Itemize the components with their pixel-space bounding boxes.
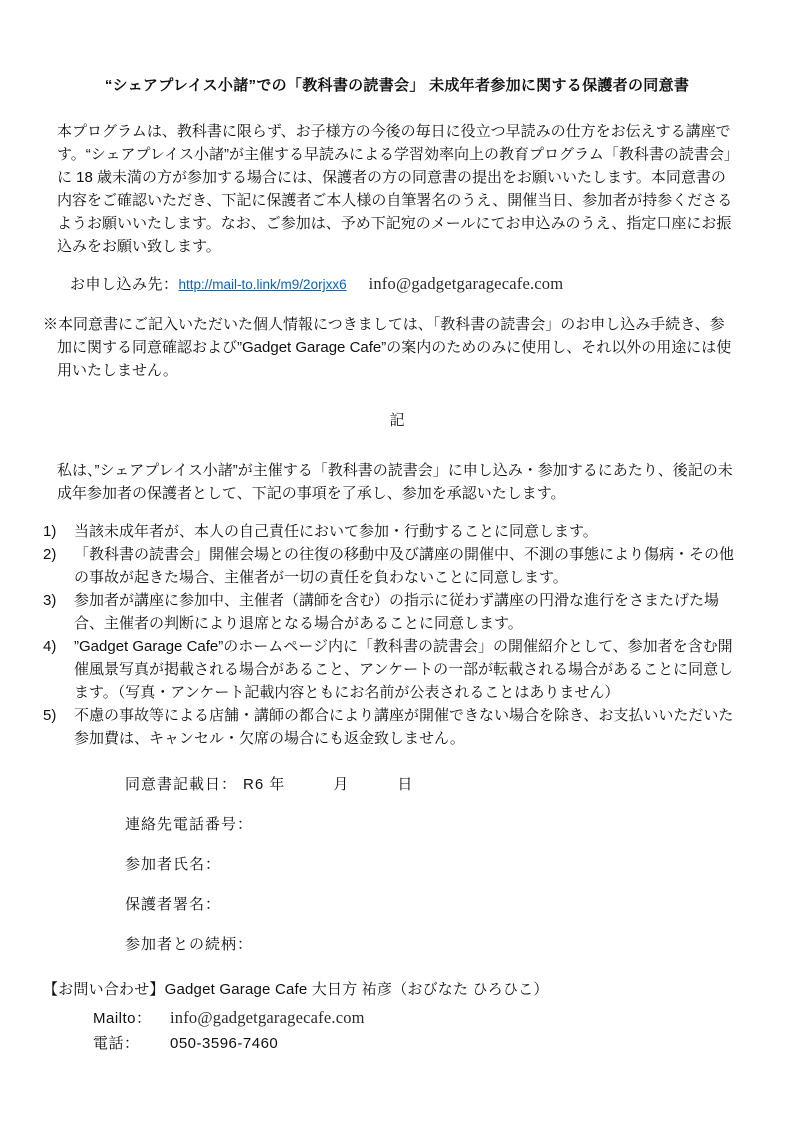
term-number-1: 1)	[43, 520, 67, 543]
application-link[interactable]: http://mail-to.link/m9/2orjxx6	[179, 277, 347, 292]
field-consent-date: 同意書記載日：R6 年 月 日	[125, 773, 737, 796]
field-consent-date-value: R6 年 月 日	[243, 776, 413, 793]
application-email: info@gadgetgaragecafe.com	[369, 274, 564, 293]
term-item-5: 5)不慮の事故等による店舗・講師の都合により講座が開催できない場合を除き、お支払…	[43, 704, 737, 750]
ki-heading: 記	[57, 409, 737, 432]
contact-mailto-row: Mailto： info@gadgetgaragecafe.com	[93, 1005, 737, 1031]
field-relationship: 参加者との続柄：	[125, 933, 737, 956]
term-number-3: 3)	[43, 589, 67, 612]
intro-paragraph: 本プログラムは、教科書に限らず、お子様方の今後の毎日に役立つ早読みの仕方をお伝え…	[57, 120, 737, 258]
application-label: お申し込み先：	[70, 276, 179, 293]
contact-heading: 【お問い合わせ】Gadget Garage Cafe 大日方 祐彦（おびなた ひ…	[43, 978, 737, 1001]
consent-form-page: “シェアプレイス小諸”での「教科書の読書会」 未成年者参加に関する保護者の同意書…	[0, 0, 794, 1123]
contact-rows: Mailto： info@gadgetgaragecafe.com 電話： 05…	[93, 1005, 737, 1056]
term-text-3: 参加者が講座に参加中、主催者（講師を含む）の指示に従わず講座の円滑な進行をさまた…	[74, 592, 719, 632]
term-number-2: 2)	[43, 543, 67, 566]
term-number-5: 5)	[43, 704, 67, 727]
term-text-1: 当該未成年者が、本人の自己責任において参加・行動することに同意します。	[74, 523, 598, 540]
privacy-note: ※本同意書にご記入いただいた個人情報につきましては、「教科書の読書会」のお申し込…	[43, 313, 737, 382]
contact-mailto-label: Mailto：	[93, 1006, 170, 1031]
contact-phone-label: 電話：	[93, 1031, 170, 1056]
terms-list: 1)当該未成年者が、本人の自己責任において参加・行動することに同意します。 2)…	[43, 520, 737, 750]
contact-mailto-value: info@gadgetgaragecafe.com	[170, 1005, 365, 1030]
declaration-paragraph: 私は、”シェアプレイス小諸”が主催する「教科書の読書会」に申し込み・参加するにあ…	[57, 459, 737, 505]
application-contact-line: お申し込み先：http://mail-to.link/m9/2orjxx6inf…	[57, 272, 737, 296]
signature-fields: 同意書記載日：R6 年 月 日 連絡先電話番号： 参加者氏名： 保護者署名： 参…	[125, 773, 737, 956]
page-title: “シェアプレイス小諸”での「教科書の読書会」 未成年者参加に関する保護者の同意書	[57, 76, 737, 95]
contact-section: 【お問い合わせ】Gadget Garage Cafe 大日方 祐彦（おびなた ひ…	[43, 978, 737, 1056]
field-consent-date-label: 同意書記載日：	[125, 776, 237, 793]
contact-phone-value: 050-3596-7460	[170, 1031, 278, 1056]
field-participant-name-label: 参加者氏名：	[125, 856, 221, 873]
term-item-4: 4)”Gadget Garage Cafe”のホームページ内に「教科書の読書会」…	[43, 635, 737, 704]
field-relationship-label: 参加者との続柄：	[125, 936, 253, 953]
field-guardian-signature-label: 保護者署名：	[125, 896, 221, 913]
field-guardian-signature: 保護者署名：	[125, 893, 737, 916]
term-text-4: ”Gadget Garage Cafe”のホームページ内に「教科書の読書会」の開…	[74, 638, 733, 701]
term-number-4: 4)	[43, 635, 67, 658]
field-phone: 連絡先電話番号：	[125, 813, 737, 836]
field-participant-name: 参加者氏名：	[125, 853, 737, 876]
term-item-2: 2)「教科書の読書会」開催会場との往復の移動中及び講座の開催中、不測の事態により…	[43, 543, 737, 589]
term-item-1: 1)当該未成年者が、本人の自己責任において参加・行動することに同意します。	[43, 520, 737, 543]
term-text-5: 不慮の事故等による店舗・講師の都合により講座が開催できない場合を除き、お支払いい…	[74, 707, 733, 747]
field-phone-label: 連絡先電話番号：	[125, 816, 253, 833]
contact-phone-row: 電話： 050-3596-7460	[93, 1031, 737, 1056]
term-item-3: 3)参加者が講座に参加中、主催者（講師を含む）の指示に従わず講座の円滑な進行をさ…	[43, 589, 737, 635]
term-text-2: 「教科書の読書会」開催会場との往復の移動中及び講座の開催中、不測の事態により傷病…	[74, 546, 734, 586]
